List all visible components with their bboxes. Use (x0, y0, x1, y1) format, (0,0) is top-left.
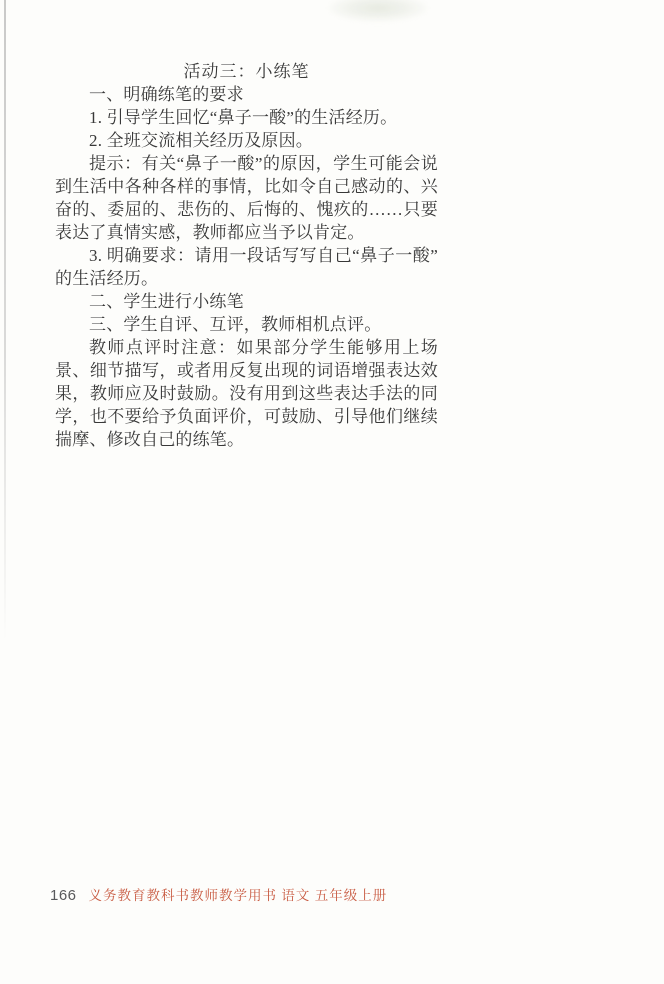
paragraph-step-1: 1. 引导学生回忆“鼻子一酸”的生活经历。 (55, 106, 438, 129)
book-page: 活动三：小练笔 一、明确练笔的要求 1. 引导学生回忆“鼻子一酸”的生活经历。 … (0, 0, 664, 984)
paragraph-section-two: 二、学生进行小练笔 (55, 290, 438, 313)
activity-heading: 活动三：小练笔 (55, 60, 438, 83)
scan-page-edge-line (4, 0, 6, 640)
paragraph-step-3: 3. 明确要求：请用一段话写写自己“鼻子一酸”的生活经历。 (55, 244, 438, 290)
page-content: 活动三：小练笔 一、明确练笔的要求 1. 引导学生回忆“鼻子一酸”的生活经历。 … (55, 60, 438, 451)
scan-smudge-artifact (328, 0, 428, 22)
paragraph-hint: 提示：有关“鼻子一酸”的原因，学生可能会说到生活中各种各样的事情，比如令自己感动… (55, 152, 438, 244)
page-number: 166 (50, 887, 77, 904)
paragraph-section-three: 三、学生自评、互评，教师相机点评。 (55, 313, 438, 336)
paragraph-section-one: 一、明确练笔的要求 (55, 83, 438, 106)
footer-book-title: 义务教育教科书教师教学用书 语文 五年级上册 (89, 884, 388, 904)
page-footer: 166 义务教育教科书教师教学用书 语文 五年级上册 (50, 884, 387, 904)
paragraph-step-2: 2. 全班交流相关经历及原因。 (55, 129, 438, 152)
paragraph-teacher-note: 教师点评时注意：如果部分学生能够用上场景、细节描写，或者用反复出现的词语增强表达… (55, 336, 438, 451)
